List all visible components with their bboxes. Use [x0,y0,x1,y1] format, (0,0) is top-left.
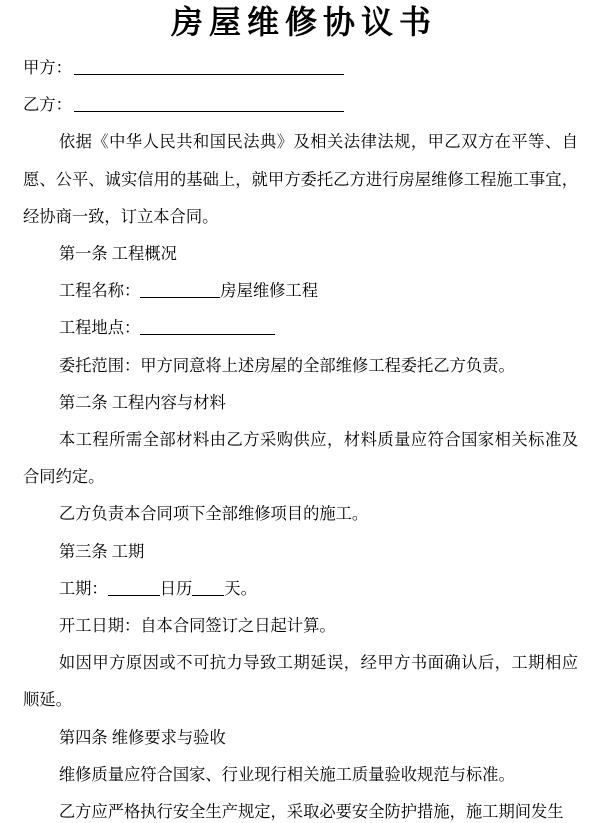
duration-line: 工期：日历天。 [23,570,578,607]
article-2-heading: 第二条 工程内容与材料 [23,384,578,421]
project-name-blank-field [140,283,220,298]
duration-suffix: 天。 [224,579,257,598]
contract-document: 房屋维修协议书 甲方： 乙方： 依据《中华人民共和国民法典》及相关法律法规，甲乙… [0,0,602,823]
start-date-paragraph: 开工日期：自本合同签订之日起计算。 [23,607,578,644]
duration-mid: 日历 [160,579,193,598]
project-location-blank-field [140,320,275,335]
party-a-label: 甲方： [23,58,72,77]
article-1-heading: 第一条 工程概况 [23,235,578,272]
safety-paragraph: 乙方应严格执行安全生产规定，采取必要安全防护措施，施工期间发生 [23,793,578,823]
project-name-label: 工程名称： [59,281,140,300]
article-3-heading: 第三条 工期 [23,533,578,570]
project-name-suffix: 房屋维修工程 [220,281,318,300]
document-title: 房屋维修协议书 [0,0,602,44]
construction-paragraph: 乙方负责本合同项下全部维修项目的施工。 [23,495,578,532]
project-name-line: 工程名称：房屋维修工程 [23,272,578,309]
party-a-line: 甲方： [23,49,578,86]
scope-paragraph: 委托范围：甲方同意将上述房屋的全部维修工程委托乙方负责。 [23,347,578,384]
quality-paragraph: 维修质量应符合国家、行业现行相关施工质量验收规范与标准。 [23,756,578,793]
article-4-heading: 第四条 维修要求与验收 [23,719,578,756]
preamble-paragraph: 依据《中华人民共和国民法典》及相关法律法规，甲乙双方在平等、自愿、公平、诚实信用… [23,123,578,235]
duration-blank-field-1 [108,581,160,596]
party-b-blank-field [74,97,344,112]
materials-paragraph: 本工程所需全部材料由乙方采购供应，材料质量应符合国家相关标准及合同约定。 [23,421,578,495]
duration-label: 工期： [59,579,108,598]
party-b-line: 乙方： [23,86,578,123]
party-a-blank-field [74,60,344,75]
duration-blank-field-2 [192,581,224,596]
party-b-label: 乙方： [23,95,72,114]
project-location-line: 工程地点： [23,309,578,346]
document-body: 甲方： 乙方： 依据《中华人民共和国民法典》及相关法律法规，甲乙双方在平等、自愿… [23,49,578,823]
project-location-label: 工程地点： [59,318,140,337]
delay-paragraph: 如因甲方原因或不可抗力导致工期延误，经甲方书面确认后，工期相应顺延。 [23,644,578,718]
